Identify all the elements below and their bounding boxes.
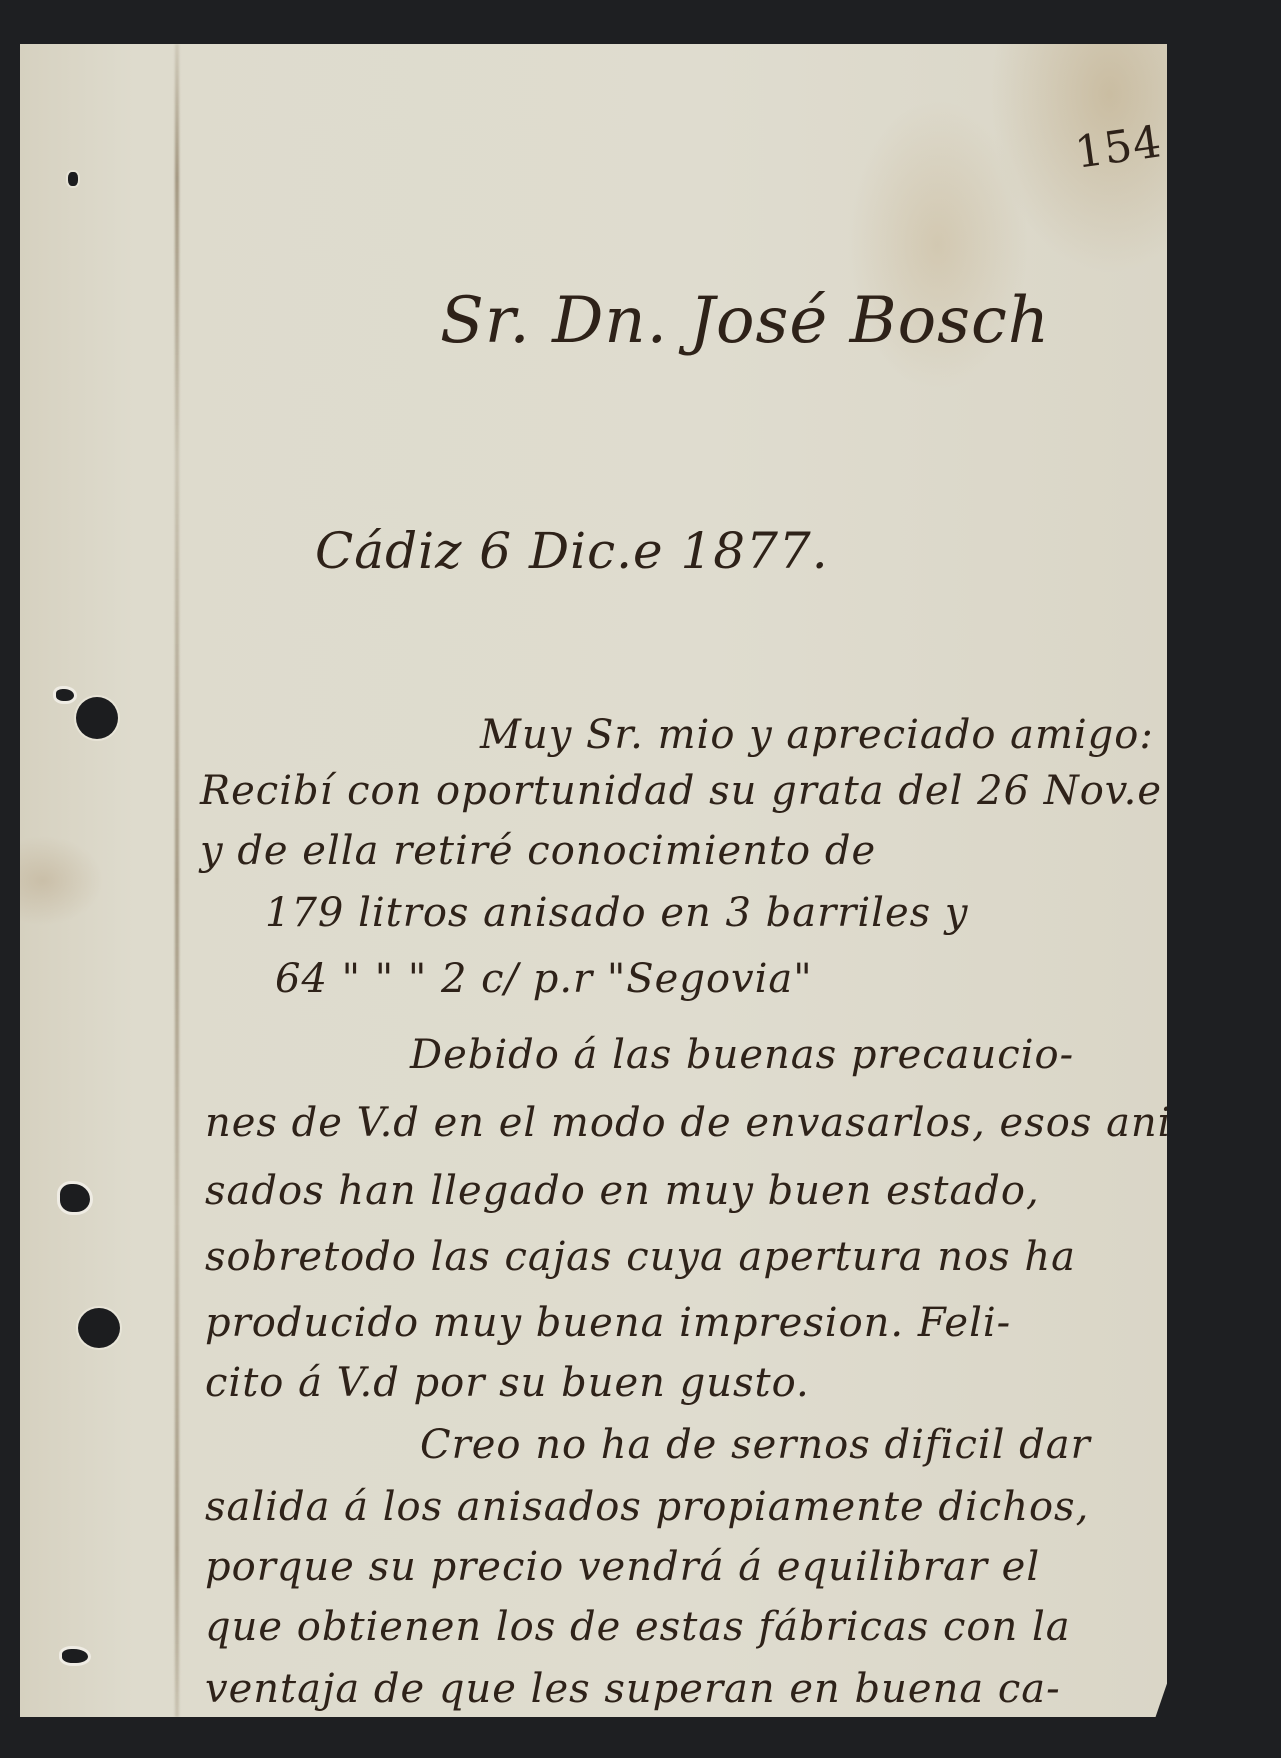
torn-hole [62,1649,88,1663]
letter-line: salida á los anisados propiamente dichos… [205,1484,1089,1530]
letter-sheet: 154 Sr. Dn. José Bosch Cádiz 6 Dic.e 187… [20,44,1167,1717]
letter-line: sobretodo las cajas cuya apertura nos ha [205,1234,1076,1280]
page-number: 154 [1072,116,1165,179]
letter-line: 179 litros anisado en 3 barriles y [265,890,968,936]
punch-hole [76,697,118,739]
letter-line: ventaja de que les superan en buena ca- [205,1666,1061,1712]
letter-line: Creo no ha de sernos dificil dar [420,1422,1091,1468]
letter-line: cito á V.d por su buen gusto. [205,1360,810,1406]
greeting: Muy Sr. mio y apreciado amigo: [480,712,1154,758]
letter-line: sados han llegado en muy buen estado, [205,1168,1040,1214]
salutation: Sr. Dn. José Bosch [440,284,1050,358]
torn-hole [56,689,74,701]
letter-line: Debido á las buenas precaucio- [410,1032,1074,1078]
punch-hole [68,172,78,186]
letter-line: nes de V.d en el modo de envasarlos, eso… [205,1100,1186,1146]
torn-hole [60,1184,90,1212]
letter-line: porque su precio vendrá á equilibrar el [205,1544,1040,1590]
punch-hole [78,1308,120,1348]
letter-line: 64 " " " 2 c/ p.r "Segovia" [275,956,813,1002]
letter-line: y de ella retiré conocimiento de [200,828,876,874]
place-date: Cádiz 6 Dic.e 1877. [315,522,829,580]
margin-fold-line [175,44,179,1717]
letter-line: producido muy buena impresion. Feli- [205,1300,1011,1346]
letter-line: Recibí con oportunidad su grata del 26 N… [200,768,1162,814]
letter-line: que obtienen los de estas fábricas con l… [205,1604,1071,1650]
